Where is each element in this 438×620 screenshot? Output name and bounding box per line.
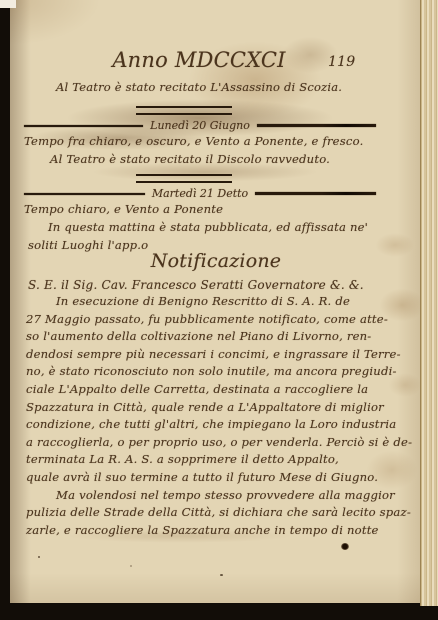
entry-banner-tuesday: Martedì 21 Detto — [24, 174, 376, 200]
notification-line: terminata La R. A. S. a sopprimere il de… — [26, 451, 378, 469]
entry-line: Al Teatro è stato recitato il Discolo ra… — [50, 152, 330, 166]
banner-rule-left — [24, 193, 145, 195]
year-title: Anno MDCCXCI — [112, 48, 285, 72]
notification-line: ciale L'Appalto delle Carretta, destinat… — [26, 381, 378, 399]
notification-line: pulizia delle Strade della Città, si dic… — [26, 504, 378, 522]
ink-speck — [38, 556, 40, 558]
notification-line: Ma volendosi nel tempo stesso provvedere… — [26, 487, 378, 505]
title-row: Anno MDCCXCI — [10, 48, 422, 72]
entry-line: Tempo chiaro, e Vento a Ponente — [24, 202, 223, 216]
notification-line: quale avrà il suo termine a tutto il fut… — [26, 469, 378, 487]
notification-line: dendosi sempre più necessari i concimi, … — [26, 346, 378, 364]
book-page-edge-strip — [420, 0, 438, 606]
banner-rule-left — [24, 125, 143, 127]
banner-double-rule — [136, 174, 232, 183]
notification-line: no, è stato riconosciuto non solo inutil… — [26, 363, 378, 381]
notification-line: a raccoglierla, o per proprio uso, o per… — [26, 434, 378, 452]
entry-banner-monday: Lunedì 20 Giugno — [24, 106, 376, 132]
notification-line: zarle, e raccogliere la Spazzatura anche… — [26, 522, 378, 540]
manuscript-photo: Anno MDCCXCI 119 Al Teatro è stato recit… — [0, 0, 438, 620]
banner-rule-right — [257, 124, 376, 127]
entry-heading-tuesday: Martedì 21 Detto — [145, 187, 255, 200]
page-number: 119 — [328, 54, 355, 70]
notification-salutation: S. E. il Sig. Cav. Francesco Seratti Gov… — [28, 278, 364, 292]
notification-line: In esecuzione di Benigno Rescritto di S.… — [26, 293, 378, 311]
notification-heading: Notificazione — [10, 250, 422, 272]
manuscript-page: Anno MDCCXCI 119 Al Teatro è stato recit… — [10, 0, 422, 603]
banner-double-rule — [136, 106, 232, 115]
entry-heading-monday: Lunedì 20 Giugno — [143, 119, 257, 132]
notification-body: In esecuzione di Benigno Rescritto di S.… — [26, 293, 378, 539]
banner-rule-right — [255, 192, 376, 195]
notification-line: so l'aumento della coltivazione nel Pian… — [26, 328, 378, 346]
photo-corner-flash — [0, 0, 16, 8]
ink-speck — [220, 574, 223, 576]
notification-line: 27 Maggio passato, fu pubblicamente noti… — [26, 311, 378, 329]
ink-speck — [130, 565, 132, 567]
entry-line: In questa mattina è stata pubblicata, ed… — [48, 220, 368, 234]
ink-blot-stain — [341, 543, 349, 550]
subtitle-line: Al Teatro è stato recitato L'Assassino d… — [56, 80, 342, 94]
notification-line: Spazzatura in Città, quale rende a L'App… — [26, 399, 378, 417]
notification-line: condizione, che tutti gl'altri, che impi… — [26, 416, 378, 434]
entry-line: Tempo fra chiaro, e oscuro, e Vento a Po… — [24, 134, 363, 148]
